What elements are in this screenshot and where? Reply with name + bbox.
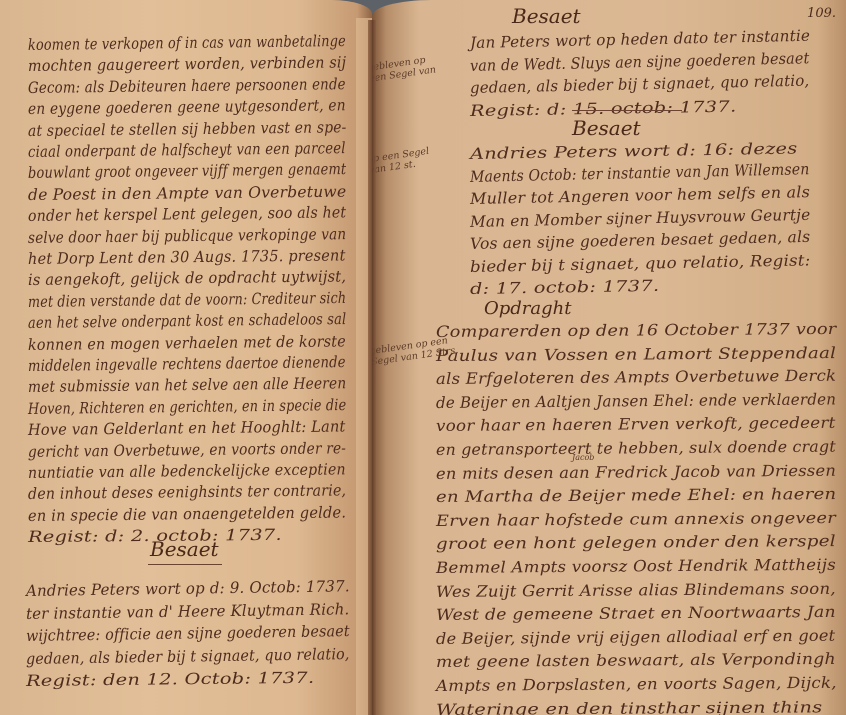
handwritten-line: Maents Octob: ter instantie van Jan Will…	[470, 160, 810, 186]
heading-besaet-2: Besaet	[572, 116, 641, 140]
handwritten-line: Regist: den 12. Octob: 1737.	[26, 669, 315, 690]
handwritten-line: selve door haer bij publicque verkopinge…	[28, 225, 346, 247]
handwritten-line: en mits desen aan Fredrick Jacob van Dri…	[436, 461, 836, 482]
handwritten-line: het Dorp Lent den 30 Augs. 1735. present	[28, 246, 346, 268]
handwritten-line: en eygene goederen geene uytgesondert, e…	[28, 96, 346, 118]
handwritten-line: Ampts en Dorpslasten, en voorts Sagen, D…	[436, 674, 837, 695]
handwritten-line: Paulus van Vossen en Lamort Steppendaal	[436, 344, 836, 365]
handwritten-line: at speciael te stellen sij hebben vast e…	[28, 118, 347, 140]
handwritten-line: ciaal onderpant de halfscheyt van een pa…	[28, 139, 346, 161]
book-gutter	[368, 20, 376, 715]
open-register-book: koomen te verkopen of in cas van wanbeta…	[0, 0, 846, 715]
handwritten-line: met submissie van het selve aen alle Hee…	[28, 375, 346, 397]
handwritten-line: Muller tot Angeren voor hem selfs en als	[470, 183, 810, 208]
handwritten-line: d: 17. octob: 1737.	[470, 277, 660, 298]
handwritten-line: koomen te verkopen of in cas van wanbeta…	[28, 32, 346, 54]
handwritten-line: groot een hont gelegen onder den kerspel	[436, 532, 836, 553]
handwritten-line: Gecom: als Debiteuren haere persoonen en…	[28, 75, 346, 97]
handwritten-line: als Erfgeloteren des Ampts Overbetuwe De…	[436, 367, 836, 388]
handwritten-line: met dien verstande dat de voorn: Credite…	[28, 289, 346, 311]
left-page: koomen te verkopen of in cas van wanbeta…	[0, 0, 372, 715]
handwritten-line: Wateringe en den tinsthar sijnen thins	[436, 698, 823, 715]
handwritten-line: Vos aen sijne goederen besaet gedaen, al…	[470, 228, 811, 253]
handwritten-line: is aengekoft, gelijck de opdracht uytwij…	[28, 268, 346, 290]
handwritten-line: Andries Peters wort op d: 9. Octob: 1737…	[26, 577, 350, 600]
handwritten-line: Erven haar hofstede cum annexis ongeveer	[436, 509, 836, 530]
margin-note: op een Segelvan 12 st.	[372, 146, 431, 176]
handwritten-line: Wes Zuijt Gerrit Arisse alias Blindemans…	[436, 579, 836, 600]
handwritten-line: van de Wedt. Sluys aen sijne goederen be…	[470, 49, 810, 75]
handwritten-line: gedaen, als bieder bij t signaet, quo re…	[26, 645, 350, 668]
handwritten-line: aen het selve onderpant kost en schadelo…	[28, 310, 346, 332]
handwritten-line: bieder bij t signaet, quo relatio, Regis…	[470, 251, 811, 276]
handwritten-line: gericht van Overbetuwe, en voorts onder …	[28, 439, 346, 461]
page-number: 109.	[807, 6, 836, 21]
handwritten-line: Bemmel Ampts voorsz Oost Hendrik Matthei…	[436, 556, 836, 577]
handwritten-line: de Poest in den Ampte van Overbetuwe	[28, 182, 346, 203]
margin-note: gebleven opeen Segel van	[372, 53, 437, 84]
handwritten-line: en Martha de Beijer mede Ehel: en haeren	[436, 485, 837, 506]
separator-line	[572, 110, 682, 111]
handwritten-line: Man en Momber sijner Huysvrouw Geurtje	[470, 205, 811, 230]
heading-opdraght: Opdraght	[484, 298, 572, 319]
handwritten-line: Jan Peters wort op heden dato ter instan…	[470, 27, 810, 52]
handwritten-line: de Beijer, sijnde vrij eijgen allodiaal …	[436, 626, 836, 647]
handwritten-line: met geene lasten beswaart, als Verpondin…	[436, 650, 836, 671]
handwritten-line: de Beijer en Aaltjen Jansen Ehel: ende v…	[436, 390, 836, 412]
handwritten-line: ter instantie van d' Heere Kluytman Rich…	[26, 600, 350, 623]
heading-besaet-left: Besaet	[150, 537, 219, 561]
handwritten-line: bouwlant groot ongeveer vijff mergen gen…	[28, 160, 346, 182]
handwritten-line: onder het kerspel Lent gelegen, soo als …	[28, 204, 346, 226]
handwritten-line: den inhout deses eenighsints ter contrar…	[28, 482, 346, 504]
handwritten-line: Andries Peters wort d: 16: dezes	[470, 140, 798, 163]
heading-besaet-1: Besaet	[512, 4, 581, 28]
handwritten-line: konnen en mogen verhaelen met de korste	[28, 332, 346, 354]
handwritten-line: West de gemeene Straet en Noortwaarts Ja…	[436, 603, 836, 624]
handwritten-line: wijchtree: officie aen sijne goederen be…	[26, 622, 350, 645]
handwritten-line: gedaen, als bieder bij t signaet, quo re…	[470, 72, 810, 97]
handwritten-line: nuntiatie van alle bedenckelijcke except…	[28, 460, 346, 482]
interlinear-note: Jacob	[572, 452, 594, 463]
handwritten-line: Comparerden op den 16 October 1737 voor	[436, 320, 837, 341]
right-page: 109. Besaet Jan Peters wort op heden dat…	[372, 0, 846, 715]
handwritten-line: Hove van Gelderlant en het Hooghlt: Lant	[28, 418, 346, 440]
handwritten-line: voor haar en haeren Erven verkoft, geced…	[436, 414, 836, 435]
handwritten-line: en getransporteert te hebben, sulx doend…	[436, 438, 836, 459]
handwritten-line: middelen ingevalle rechtens daertoe dien…	[28, 353, 346, 375]
handwritten-line: mochten gaugereert worden, verbinden sij	[28, 54, 346, 76]
heading-underline	[148, 564, 222, 565]
handwritten-line: en in specie die van onaengetelden gelde…	[28, 503, 346, 525]
handwritten-line: Hoven, Richteren en gerichten, en in spe…	[28, 396, 346, 418]
